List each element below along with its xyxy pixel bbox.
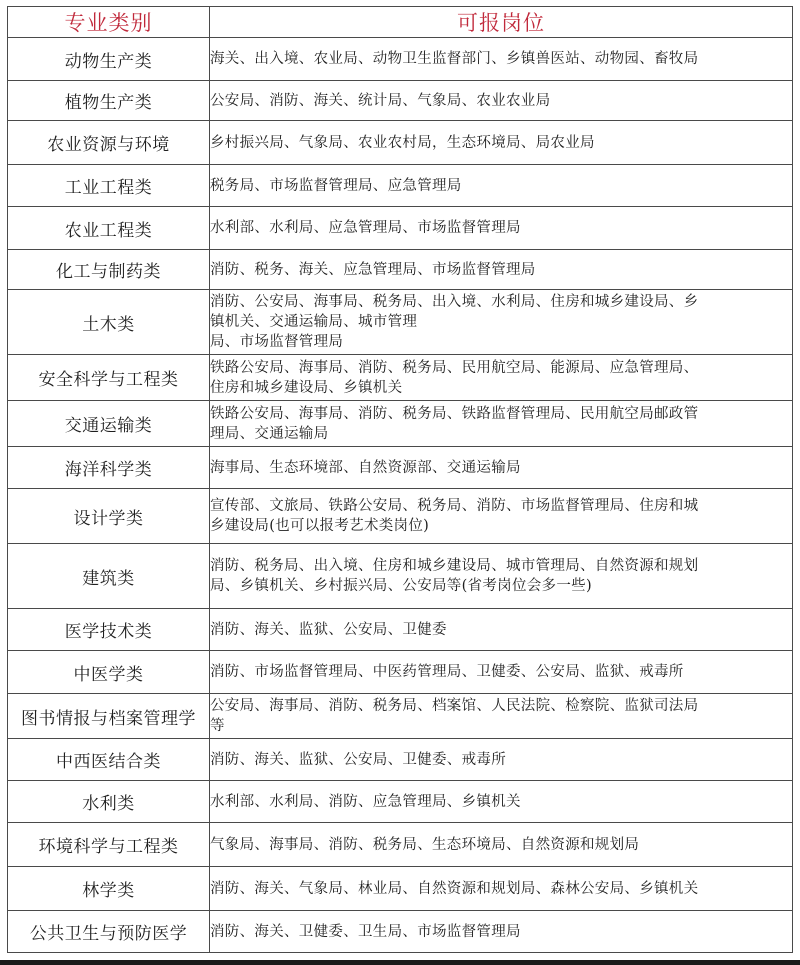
- eligible-positions-cell: 水利部、水利局、应急管理局、市场监督管理局: [210, 207, 793, 250]
- major-category-cell: 设计学类: [8, 489, 210, 544]
- major-category-cell: 中医学类: [8, 651, 210, 694]
- table-row: 农业工程类水利部、水利局、应急管理局、市场监督管理局: [8, 207, 793, 250]
- eligible-positions-cell: 消防、海关、卫健委、卫生局、市场监督管理局: [210, 911, 793, 953]
- major-category-cell: 植物生产类: [8, 81, 210, 121]
- table-row: 工业工程类税务局、市场监督管理局、应急管理局: [8, 165, 793, 207]
- major-category-cell: 水利类: [8, 781, 210, 823]
- major-category-cell: 公共卫生与预防医学: [8, 911, 210, 953]
- header-major-category: 专业类别: [8, 7, 210, 38]
- table-row: 公共卫生与预防医学消防、海关、卫健委、卫生局、市场监督管理局: [8, 911, 793, 953]
- eligible-positions-cell: 铁路公安局、海事局、消防、税务局、铁路监督管理局、民用航空局邮政管 理局、交通运…: [210, 401, 793, 447]
- major-category-cell: 林学类: [8, 867, 210, 911]
- eligible-positions-cell: 消防、公安局、海事局、税务局、出入境、水利局、住房和城乡建设局、乡 镇机关、交通…: [210, 290, 793, 355]
- table-row: 医学技术类消防、海关、监狱、公安局、卫健委: [8, 609, 793, 651]
- eligible-positions-cell: 消防、海关、监狱、公安局、卫健委、戒毒所: [210, 739, 793, 781]
- table-body: 动物生产类海关、出入境、农业局、动物卫生监督部门、乡镇兽医站、动物园、畜牧局植物…: [8, 38, 793, 953]
- table-row: 植物生产类公安局、消防、海关、统计局、气象局、农业农业局: [8, 81, 793, 121]
- major-category-cell: 动物生产类: [8, 38, 210, 81]
- table-row: 中西医结合类消防、海关、监狱、公安局、卫健委、戒毒所: [8, 739, 793, 781]
- eligible-positions-cell: 海关、出入境、农业局、动物卫生监督部门、乡镇兽医站、动物园、畜牧局: [210, 38, 793, 81]
- table-row: 环境科学与工程类气象局、海事局、消防、税务局、生态环境局、自然资源和规划局: [8, 823, 793, 867]
- bottom-edge-band: [0, 960, 800, 965]
- table-row: 动物生产类海关、出入境、农业局、动物卫生监督部门、乡镇兽医站、动物园、畜牧局: [8, 38, 793, 81]
- eligible-positions-cell: 海事局、生态环境部、自然资源部、交通运输局: [210, 447, 793, 489]
- major-category-cell: 土木类: [8, 290, 210, 355]
- eligible-positions-cell: 公安局、消防、海关、统计局、气象局、农业农业局: [210, 81, 793, 121]
- table-row: 林学类消防、海关、气象局、林业局、自然资源和规划局、森林公安局、乡镇机关: [8, 867, 793, 911]
- table-row: 水利类水利部、水利局、消防、应急管理局、乡镇机关: [8, 781, 793, 823]
- eligible-positions-cell: 铁路公安局、海事局、消防、税务局、民用航空局、能源局、应急管理局、 住房和城乡建…: [210, 355, 793, 401]
- major-category-cell: 中西医结合类: [8, 739, 210, 781]
- table-row: 化工与制药类消防、税务、海关、应急管理局、市场监督管理局: [8, 250, 793, 290]
- eligible-positions-cell: 消防、海关、气象局、林业局、自然资源和规划局、森林公安局、乡镇机关: [210, 867, 793, 911]
- major-category-cell: 海洋科学类: [8, 447, 210, 489]
- eligible-positions-cell: 消防、税务局、出入境、住房和城乡建设局、城市管理局、自然资源和规划 局、乡镇机关…: [210, 544, 793, 609]
- eligible-positions-cell: 水利部、水利局、消防、应急管理局、乡镇机关: [210, 781, 793, 823]
- eligible-positions-cell: 税务局、市场监督管理局、应急管理局: [210, 165, 793, 207]
- table-header-row: 专业类别 可报岗位: [8, 7, 793, 38]
- major-category-cell: 农业工程类: [8, 207, 210, 250]
- major-category-cell: 交通运输类: [8, 401, 210, 447]
- major-category-cell: 化工与制药类: [8, 250, 210, 290]
- table-row: 交通运输类铁路公安局、海事局、消防、税务局、铁路监督管理局、民用航空局邮政管 理…: [8, 401, 793, 447]
- table-row: 设计学类宣传部、文旅局、铁路公安局、税务局、消防、市场监督管理局、住房和城 乡建…: [8, 489, 793, 544]
- major-category-cell: 图书情报与档案管理学: [8, 694, 210, 739]
- table-row: 图书情报与档案管理学公安局、海事局、消防、税务局、档案馆、人民法院、检察院、监狱…: [8, 694, 793, 739]
- table-row: 土木类消防、公安局、海事局、税务局、出入境、水利局、住房和城乡建设局、乡 镇机关…: [8, 290, 793, 355]
- header-eligible-positions: 可报岗位: [210, 7, 793, 38]
- eligible-positions-cell: 公安局、海事局、消防、税务局、档案馆、人民法院、检察院、监狱司法局 等: [210, 694, 793, 739]
- major-category-cell: 工业工程类: [8, 165, 210, 207]
- major-category-cell: 环境科学与工程类: [8, 823, 210, 867]
- majors-positions-sheet: 专业类别 可报岗位 动物生产类海关、出入境、农业局、动物卫生监督部门、乡镇兽医站…: [7, 6, 792, 953]
- major-category-cell: 建筑类: [8, 544, 210, 609]
- eligible-positions-cell: 宣传部、文旅局、铁路公安局、税务局、消防、市场监督管理局、住房和城 乡建设局(也…: [210, 489, 793, 544]
- eligible-positions-cell: 消防、市场监督管理局、中医药管理局、卫健委、公安局、监狱、戒毒所: [210, 651, 793, 694]
- majors-positions-table: 专业类别 可报岗位 动物生产类海关、出入境、农业局、动物卫生监督部门、乡镇兽医站…: [7, 6, 793, 953]
- eligible-positions-cell: 消防、海关、监狱、公安局、卫健委: [210, 609, 793, 651]
- table-row: 建筑类消防、税务局、出入境、住房和城乡建设局、城市管理局、自然资源和规划 局、乡…: [8, 544, 793, 609]
- table-row: 海洋科学类海事局、生态环境部、自然资源部、交通运输局: [8, 447, 793, 489]
- eligible-positions-cell: 气象局、海事局、消防、税务局、生态环境局、自然资源和规划局: [210, 823, 793, 867]
- table-row: 农业资源与环境乡村振兴局、气象局、农业农村局，生态环境局、局农业局: [8, 121, 793, 165]
- eligible-positions-cell: 消防、税务、海关、应急管理局、市场监督管理局: [210, 250, 793, 290]
- table-row: 安全科学与工程类铁路公安局、海事局、消防、税务局、民用航空局、能源局、应急管理局…: [8, 355, 793, 401]
- eligible-positions-cell: 乡村振兴局、气象局、农业农村局，生态环境局、局农业局: [210, 121, 793, 165]
- major-category-cell: 安全科学与工程类: [8, 355, 210, 401]
- major-category-cell: 农业资源与环境: [8, 121, 210, 165]
- table-row: 中医学类消防、市场监督管理局、中医药管理局、卫健委、公安局、监狱、戒毒所: [8, 651, 793, 694]
- major-category-cell: 医学技术类: [8, 609, 210, 651]
